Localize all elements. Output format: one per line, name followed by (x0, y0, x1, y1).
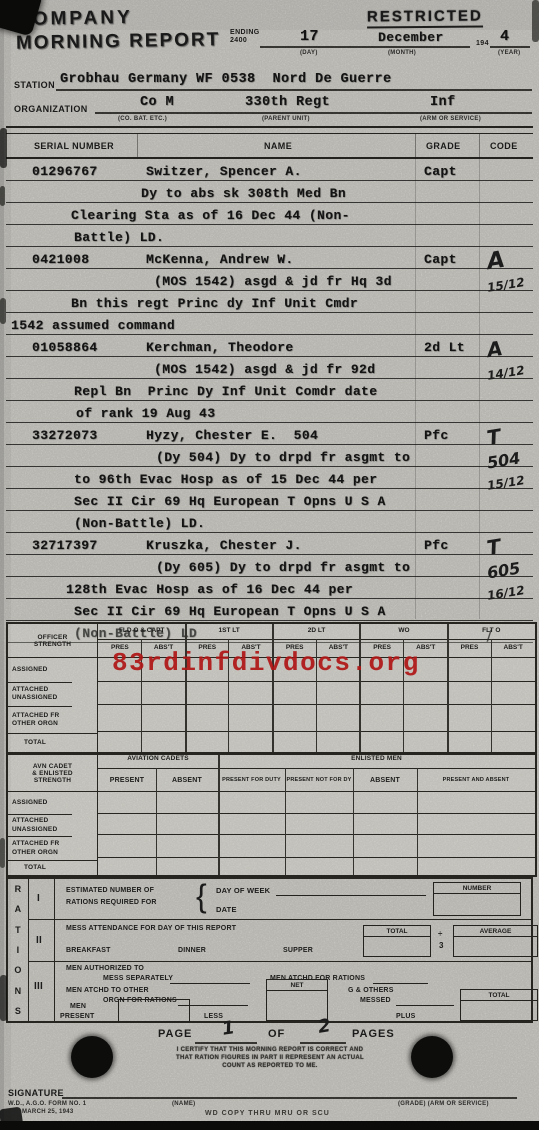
roster-line: Bn this regt Princ dy Inf Unit Cmdr (6, 291, 533, 313)
date-label: DATE (216, 905, 237, 914)
grid-line (359, 624, 361, 752)
group-flt-o: FLT O (448, 624, 535, 639)
section-ii: II (36, 935, 42, 946)
roster-line: Battle) LD. (6, 225, 533, 247)
group-fld-o-capt: FLD O & CAPT (98, 624, 185, 639)
dinner-label: DINNER (178, 947, 206, 954)
mess-attendance-label: MESS ATTENDANCE FOR DAY OF THIS REPORT (66, 925, 236, 932)
rations-section-numerals: I II III (28, 879, 55, 1021)
day-of-week-blank (276, 895, 426, 896)
form-date: MARCH 25, 1943 (22, 1109, 74, 1115)
roster-line: Sec II Cir 69 Hq European T Opns U S A (6, 489, 533, 511)
grid-line (353, 768, 354, 875)
roster-line: of rank 19 Aug 43 (6, 401, 533, 423)
entry-text: Kruszka, Chester J. (146, 538, 302, 553)
roster-line: (Dy 605) Dy to drpd fr asgmt to 605 (6, 555, 533, 577)
section-iii: III (34, 981, 43, 992)
roster-line: Clearing Sta as of 16 Dec 44 (Non- (6, 203, 533, 225)
code-header: CODE (490, 141, 518, 151)
cadet-enlisted-table: AVN CADET & ENLISTED STRENGTH ASSIGNED A… (6, 753, 537, 877)
roster-line: Repl Bn Princ Dy Inf Unit Comdr date (6, 379, 533, 401)
report-month: December (378, 30, 444, 45)
station-value: Grobhau Germany WF 0538 Nord De Guerre (60, 72, 392, 87)
total-box-2: TOTAL (460, 989, 538, 1021)
day-caption: (DAY) (300, 50, 318, 56)
scan-edge-artifact (0, 298, 6, 324)
scan-edge-artifact (532, 0, 539, 42)
g-and-others-label: G & OTHERS (348, 987, 394, 994)
men-present-label-2: PRESENT (60, 1013, 94, 1020)
form-id: W.D., A.G.O. FORM NO. 1 (8, 1101, 86, 1107)
scan-edge-artifact (0, 186, 5, 206)
page-label: PAGE (158, 1028, 192, 1040)
grid-line (272, 624, 274, 752)
grid-line (417, 768, 418, 875)
grid-line (447, 624, 449, 752)
roster-line: 01058864 Kerchman, Theodore 2d Lt A (6, 335, 533, 357)
grid-line (491, 639, 492, 752)
cadet-attached-fr-cells (98, 835, 535, 858)
rations-section: R A T I O N S I II III ESTIMATED NUMBER … (6, 877, 533, 1023)
column-divider (415, 134, 416, 157)
officer-table-corner: OFFICER STRENGTH (8, 624, 97, 658)
group-2d-lt: 2D LT (273, 624, 360, 639)
ending-label: ENDING (230, 29, 260, 36)
divide-by-3: 3 (439, 941, 444, 950)
entry-text: Repl Bn Princ Dy Inf Unit Comdr date (74, 384, 377, 399)
row-label-total: TOTAL (8, 860, 97, 875)
roster-line: (Non-Battle) LD. (6, 511, 533, 533)
cadet-attached-unassigned-cells (98, 814, 535, 835)
entry-text: (MOS 1542) asgd & jd fr Hq 3d (154, 274, 392, 289)
form-title-line2: MORNING REPORT (16, 29, 221, 55)
pages-rule (300, 1042, 346, 1044)
row-label-total: TOTAL (8, 733, 97, 752)
group-1st-lt: 1ST LT (185, 624, 272, 639)
messed-blank (396, 1005, 454, 1006)
hole-punch-left (71, 1036, 113, 1078)
organization-label: ORGANIZATION (14, 104, 88, 114)
messed-label: MESSED (360, 997, 391, 1004)
men-present-box (118, 999, 190, 1022)
entry-text: Switzer, Spencer A. (146, 164, 302, 179)
serial-number: 01296767 (32, 164, 98, 179)
grade-value: Capt (424, 252, 457, 267)
men-authorized-label: MEN AUTHORIZED TO (66, 965, 144, 972)
company-caption: (CO. BAT. ETC.) (118, 116, 167, 122)
roster-line: 01296767 Switzer, Spencer A. Capt (6, 159, 533, 181)
code-column-line (479, 157, 480, 619)
roster-line: 0421008 McKenna, Andrew W. Capt A (6, 247, 533, 269)
roster-line: 1542 assumed command (6, 313, 533, 335)
entry-text: Hyzy, Chester E. 504 (146, 428, 318, 443)
pres-header: PRES (448, 640, 492, 657)
organization-rule (95, 112, 532, 114)
station-label: STATION (14, 80, 55, 90)
entry-text: McKenna, Andrew W. (146, 252, 294, 267)
officer-strength-table: OFFICER STRENGTH ASSIGNED ATTACHED UNASS… (6, 622, 537, 754)
month-caption: (MONTH) (388, 50, 416, 56)
col-present-not-for-dy: PRESENT NOT FOR DY (285, 777, 353, 783)
rations-required-label-2: RATIONS REQUIRED FOR (66, 899, 157, 906)
col-present: PRESENT (98, 777, 156, 784)
arm-service-caption: (ARM OR SERVICE) (420, 116, 481, 122)
band-divider (28, 919, 531, 920)
signature-label: SIGNATURE (8, 1088, 64, 1098)
brace-glyph: { (196, 878, 207, 915)
supper-label: SUPPER (283, 947, 313, 954)
entry-text: (MOS 1542) asgd & jd fr 92d (154, 362, 375, 377)
grade-arm-caption: (GRADE) (ARM OR SERVICE) (398, 1101, 489, 1107)
entry-text: Sec II Cir 69 Hq European T Opns U S A (74, 604, 386, 619)
men-present-label-1: MEN (70, 1003, 86, 1010)
parent-unit-caption: (PARENT UNIT) (262, 116, 310, 122)
year-rule (490, 46, 530, 48)
rations-vertical-label: R A T I O N S (8, 879, 29, 1021)
date-rule (260, 46, 470, 48)
scan-edge-artifact (0, 975, 7, 1021)
men-atchd-other-label: MEN ATCHD TO OTHER (66, 987, 149, 994)
roster-line: (Dy 504) Dy to drpd fr asgmt to 504 (6, 445, 533, 467)
grid-line (218, 755, 220, 875)
scan-edge-artifact (0, 838, 5, 868)
roster-line: to 96th Evac Hosp as of 15 Dec 44 per 15… (6, 467, 533, 489)
routing-note: WD COPY THRU MRU OR SCU (205, 1110, 330, 1117)
grade-value: Pfc (424, 428, 449, 443)
breakfast-label: BREAKFAST (66, 947, 111, 954)
roster-line: 32717397 Kruszka, Chester J. Pfc T (6, 533, 533, 555)
row-label-attached-fr: ATTACHED FR OTHER ORGN (8, 706, 72, 734)
group-aviation-cadets: AVIATION CADETS (98, 755, 218, 768)
report-year: 4 (500, 28, 509, 45)
grade-value: Pfc (424, 538, 449, 553)
entry-text: Kerchman, Theodore (146, 340, 294, 355)
entry-text: Bn this regt Princ dy Inf Unit Cmdr (71, 296, 358, 311)
section-i: I (37, 893, 40, 904)
pages-label: PAGES (352, 1028, 395, 1040)
cadet-total-cells (98, 858, 535, 872)
grade-value: Capt (424, 164, 457, 179)
group-enlisted-men: ENLISTED MEN (218, 755, 535, 768)
header-divider (6, 126, 533, 134)
entry-text: Sec II Cir 69 Hq European T Opns U S A (74, 494, 386, 509)
group-wo: WO (360, 624, 447, 639)
col-enlisted-absent: ABSENT (353, 777, 417, 784)
rations-required-label-1: ESTIMATED NUMBER OF (66, 887, 154, 894)
year-caption: (YEAR) (498, 50, 520, 56)
roster-line: (MOS 1542) asgd & jd fr Hq 3d 15/12 (6, 269, 533, 291)
hole-punch-right (411, 1036, 453, 1078)
column-divider (479, 134, 480, 157)
col-present-and-absent: PRESENT AND ABSENT (417, 777, 535, 783)
entry-text: 128th Evac Hosp as of 16 Dec 44 per (66, 582, 353, 597)
grade-header: GRADE (426, 141, 461, 151)
abst-header: ABS'T (491, 640, 535, 657)
grade-value: 2d Lt (424, 340, 465, 355)
station-rule (56, 89, 532, 91)
of-label: OF (268, 1028, 285, 1040)
name-caption: (NAME) (172, 1101, 195, 1107)
ending-2400-label: 2400 (230, 37, 247, 44)
roster-line: Dy to abs sk 308th Med Bn (6, 181, 533, 203)
plus-label: PLUS (396, 1013, 415, 1020)
serial-number: 0421008 (32, 252, 89, 267)
serial-number: 01058864 (32, 340, 98, 355)
grid-line (185, 624, 187, 752)
roster-line: (MOS 1542) asgd & jd fr 92d 14/12 (6, 357, 533, 379)
row-label-attached-unassigned: ATTACHED UNASSIGNED (8, 682, 72, 706)
mess-separately-label: MESS SEPARATELY (103, 975, 173, 982)
row-label-assigned: ASSIGNED (8, 658, 97, 682)
year-printed: 194 (476, 40, 489, 47)
entry-text: (Non-Battle) LD. (74, 516, 205, 531)
cadet-assigned-cells (98, 792, 535, 814)
roster-table: SERIAL NUMBER NAME GRADE CODE 01296767 S… (6, 134, 533, 643)
grid-line (156, 768, 157, 875)
restricted-stamp: RESTRICTED (367, 7, 483, 28)
mess-separately-blank (170, 983, 250, 984)
average-box: AVERAGE (453, 925, 538, 957)
day-of-week-label: DAY OF WEEK (216, 886, 270, 895)
scan-bottom-bar (0, 1121, 539, 1130)
entry-text: Battle) LD. (74, 230, 164, 245)
column-divider (137, 134, 138, 157)
serial-number: 32717397 (32, 538, 98, 553)
grid-line (285, 768, 286, 875)
grade-column-line (415, 157, 416, 619)
entry-text: to 96th Evac Hosp as of 15 Dec 44 per (74, 472, 377, 487)
men-atchd-rations-blank (373, 983, 428, 984)
page-number-rule (195, 1042, 257, 1044)
certification-text: I CERTIFY THAT THIS MORNING REPORT IS CO… (140, 1047, 400, 1069)
row-label-attached-fr: ATTACHED FR OTHER ORGN (8, 836, 72, 860)
row-label-attached-unassigned: ATTACHED UNASSIGNED (8, 814, 72, 836)
serial-number-header: SERIAL NUMBER (34, 141, 114, 151)
entry-text: (Dy 504) Dy to drpd fr asgmt to (156, 450, 410, 465)
morning-report-document: COMPANY MORNING REPORT RESTRICTED ENDING… (0, 0, 539, 1130)
col-present-for-duty: PRESENT FOR DUTY (218, 777, 285, 783)
entry-text: 1542 assumed command (11, 318, 175, 333)
organization-parent: 330th Regt (245, 95, 330, 110)
roster-line: 33272073 Hyzy, Chester E. 504 Pfc T (6, 423, 533, 445)
col-absent: ABSENT (156, 777, 218, 784)
roster-line: 128th Evac Hosp as of 16 Dec 44 per 16/1… (6, 577, 533, 599)
number-box: NUMBER (433, 882, 521, 916)
roster-header-row: SERIAL NUMBER NAME GRADE CODE (6, 134, 533, 159)
row-label-assigned: ASSIGNED (8, 792, 97, 814)
divide-sign: ÷ (438, 929, 443, 938)
watermark: 83rdinfdivdocs.org (112, 648, 420, 678)
cadet-table-corner: AVN CADET & ENLISTED STRENGTH (8, 755, 97, 792)
entry-text: Clearing Sta as of 16 Dec 44 (Non- (71, 208, 350, 223)
organization-company: Co M (140, 95, 174, 110)
entry-text: (Dy 605) Dy to drpd fr asgmt to (156, 560, 410, 575)
serial-number: 33272073 (32, 428, 98, 443)
organization-arm: Inf (430, 95, 456, 110)
entry-text: Dy to abs sk 308th Med Bn (141, 186, 346, 201)
report-day: 17 (300, 28, 319, 45)
total-box: TOTAL (363, 925, 431, 957)
roster-line: Sec II Cir 69 Hq European T Opns U S A (6, 599, 533, 621)
signature-rule (62, 1097, 517, 1099)
scan-edge-artifact (0, 128, 7, 168)
entry-text: of rank 19 Aug 43 (76, 406, 215, 421)
net-box: NET (266, 979, 328, 1021)
band-divider (28, 961, 531, 962)
name-header: NAME (264, 141, 292, 151)
